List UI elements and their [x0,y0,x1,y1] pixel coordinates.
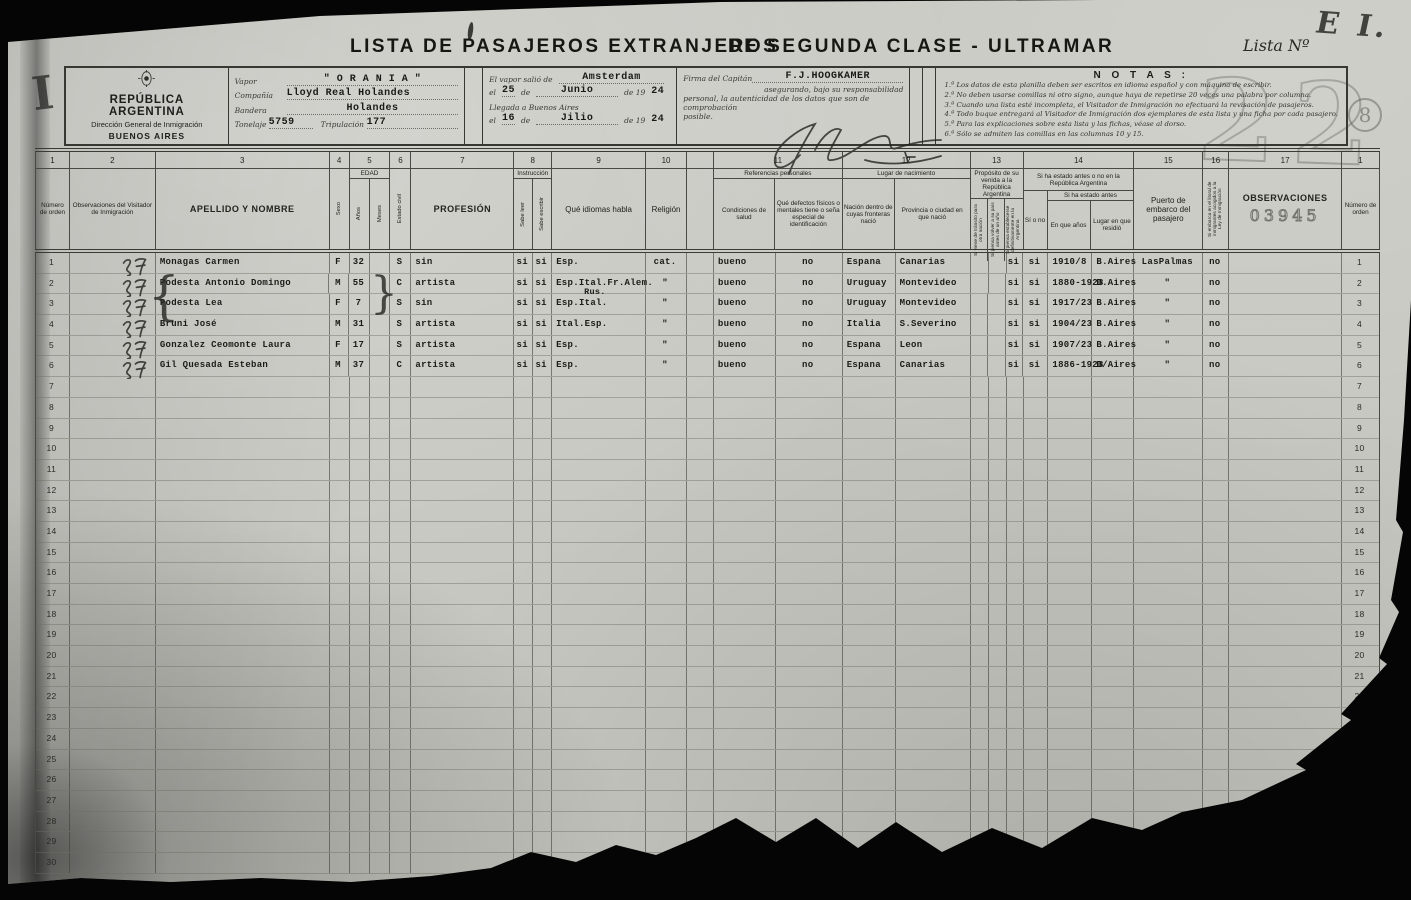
cell-sex [330,708,350,728]
cell-sex [330,398,350,418]
cell-port [1134,708,1203,728]
table-row: 4 Bruni JoséM31SartistasisiItal.Esp."bue… [36,315,1379,336]
header-blank [687,169,713,249]
cell-mark [70,501,156,521]
org-department: Dirección General de Inmigración [72,120,222,129]
cell-num_r: 20 [1342,646,1379,666]
cell-p13b [989,563,1007,583]
cell-religion [646,522,687,542]
cell-name [156,791,330,811]
cell-num_r: 9 [1342,419,1379,439]
cell-p13b [989,274,1007,294]
cell-p13a [971,377,989,397]
cell-p13b [989,687,1007,707]
cell-civil: S [390,315,411,335]
cell-nation: Espana [843,336,896,356]
cell-religion [646,770,687,790]
cell-province [896,419,971,439]
cell-writes: si [533,336,552,356]
cell-num: 24 [36,729,70,749]
cell-reads [514,419,533,439]
table-row: 1111 [36,460,1379,481]
cell-religion [646,377,687,397]
cell-blank [687,543,714,563]
cell-nation [843,501,896,521]
cell-province [896,770,971,790]
cell-litoral [1203,853,1229,873]
cell-province [896,625,971,645]
cell-writes [533,770,552,790]
cell-writes [533,791,552,811]
cell-defects [776,522,843,542]
cell-when [1048,543,1092,563]
cell-p13c [1007,729,1024,749]
cell-prof [411,584,514,604]
cell-sex [330,563,350,583]
cell-blank [1229,687,1342,707]
cell-langs: Esp.Ital. [552,294,646,314]
cell-years: 17 [349,336,370,356]
cell-blank [1229,336,1342,356]
header-sexo: Sexo [336,202,342,215]
cell-province [896,812,971,832]
cell-blank [1229,253,1342,273]
cell-months [370,274,390,294]
cell-province [896,377,971,397]
cell-nation [843,791,896,811]
cell-p13a [971,750,989,770]
cell-years [350,439,371,459]
cell-blank [687,646,714,666]
cell-civil [390,584,411,604]
cell-p13a [971,419,989,439]
cell-mark [70,770,156,790]
cell-months [370,646,390,666]
cell-years [350,625,371,645]
cell-where [1092,853,1134,873]
cell-months [370,377,390,397]
cell-been [1024,460,1049,480]
cell-years: 32 [350,253,371,273]
cell-prof [411,605,514,625]
cell-province: Canarias [896,356,971,376]
cell-port [1134,419,1203,439]
cell-been: si [1023,336,1048,356]
cell-religion: " [646,294,687,314]
nota-item: 1.ª Los datos de esta planilla deben ser… [944,81,1338,91]
cell-nation [843,605,896,625]
cell-num_r: 27 [1342,791,1379,811]
cell-p13b [988,356,1006,376]
table-body: 1 Monagas CarmenF32SsinsisiEsp.cat.bueno… [35,253,1380,874]
cell-blank [1229,398,1342,418]
cell-port [1134,667,1203,687]
cell-num_r: 28 [1342,812,1379,832]
cell-religion [646,832,687,852]
cell-port: " [1134,274,1203,294]
cell-when [1048,377,1092,397]
cell-province [896,750,971,770]
cell-p13c [1007,584,1024,604]
cell-p13a [971,294,989,314]
cell-reads [514,460,533,480]
cell-reads [514,439,533,459]
cell-defects [776,605,843,625]
cell-civil [390,853,411,873]
cell-defects [776,481,843,501]
de19-label-2: de 19 [624,116,645,125]
cell-where [1092,460,1134,480]
cell-blank [1229,563,1342,583]
cell-langs [552,522,646,542]
cell-mark [70,356,156,376]
cell-prof: sin [411,253,514,273]
llegada-month: Jilio [536,113,618,125]
table-row: 2525 [36,750,1379,771]
cell-reads [514,667,533,687]
cell-litoral [1203,770,1229,790]
cell-months [370,315,390,335]
cell-when [1048,398,1092,418]
nota-item: 5.ª Para las explicaciones sobre esta li… [944,120,1338,130]
cell-langs [552,832,646,852]
cell-defects [776,729,843,749]
cell-litoral [1203,646,1229,666]
table-row: 1515 [36,543,1379,564]
cell-prof [411,646,514,666]
cell-religion [646,750,687,770]
bandera-value: Holandes [287,103,459,115]
cell-blank [687,605,714,625]
cell-writes [533,563,552,583]
cell-health [714,832,776,852]
header-transito: Si viene de tránsito para otra nación [974,200,984,260]
cell-name: Podesta Antonio Domingo [156,274,330,294]
cell-port [1134,750,1203,770]
cell-reads [514,377,533,397]
table-row: 1717 [36,584,1379,605]
cell-been [1024,667,1049,687]
cell-p13b [989,667,1007,687]
cell-defects [776,646,843,666]
table-row: 2323 [36,708,1379,729]
cell-years [350,729,371,749]
compania-value: Lloyd Real Holandes [287,88,459,100]
cell-defects [776,853,843,873]
col-number: 14 [1024,152,1135,168]
cell-litoral [1203,791,1229,811]
header-si-ha-estado-antes: Si ha estado antes [1048,191,1134,201]
cell-sex: F [330,253,350,273]
cell-p13a [971,584,989,604]
cell-civil [390,812,411,832]
cell-civil [390,439,411,459]
cell-blank [687,584,714,604]
cell-nation [843,770,896,790]
cell-where [1092,398,1134,418]
cell-mark [70,398,156,418]
cell-sex [330,605,350,625]
cell-sex: F [330,336,350,356]
cell-port [1134,853,1203,873]
cell-when: 1886-1923 [1048,356,1092,376]
salio-year: 24 [651,86,664,97]
cell-blank [687,853,714,873]
cell-prof [411,543,514,563]
cell-years: 55 [349,274,370,294]
cell-blank [687,729,714,749]
cell-litoral [1203,522,1229,542]
cell-nation [843,750,896,770]
cell-blank [687,274,714,294]
header-nacion: Nación dentro de cuyas fronteras nació [843,179,895,249]
cell-mark [70,832,156,852]
cell-blank [1229,460,1342,480]
cell-sex: M [329,274,349,294]
cell-civil [390,770,411,790]
cell-defects [776,832,843,852]
cell-sex [330,377,350,397]
cell-years [350,708,371,728]
cell-p13a [971,667,989,687]
cell-when [1048,584,1092,604]
cell-months [370,708,390,728]
cell-years [350,481,371,501]
cell-years [350,646,371,666]
cell-health [714,646,776,666]
cell-blank [687,812,714,832]
cell-civil [390,646,411,666]
cell-mark [70,336,156,356]
cell-where [1092,605,1134,625]
cell-writes: si [533,356,552,376]
cell-p13a [971,729,989,749]
cell-mark [70,853,156,873]
header-establecerse: Si piensa establecerse definitivamente e… [1006,200,1021,260]
cell-num: 23 [36,708,70,728]
cell-where [1092,770,1134,790]
cell-civil [390,398,411,418]
cell-port [1134,377,1203,397]
cell-province: Leon [896,336,971,356]
cell-num_r: 6 [1342,356,1379,376]
cell-civil: S [390,294,411,314]
salio-day: 25 [502,85,515,97]
cell-p13a [971,356,989,376]
cell-p13b [989,729,1007,749]
cell-blank [1229,315,1342,335]
cell-prof: artista [411,315,514,335]
cell-months [370,853,390,873]
cell-p13c [1007,398,1024,418]
cell-years [350,460,371,480]
cell-when [1048,646,1092,666]
header-ha-estado: Si ha estado antes o no en la República … [1024,169,1134,191]
cell-nation [843,584,896,604]
col-number: 17 [1229,152,1342,168]
tripulacion-value: 177 [367,117,459,129]
cell-blank [687,481,714,501]
cell-reads: si [514,356,533,376]
cell-when [1048,563,1092,583]
cell-mark [70,253,156,273]
cell-writes [533,419,552,439]
cell-writes [533,853,552,873]
cell-name: Bruni José [156,315,330,335]
cell-num: 1 [36,253,70,273]
table-row: 2727 [36,791,1379,812]
header-idiomas: Qué idiomas habla [552,169,645,249]
cell-months [370,729,390,749]
cell-p13c [1007,460,1024,480]
cell-health [714,584,776,604]
cell-religion [646,481,687,501]
cell-blank [1229,274,1342,294]
cell-reads: si [514,315,533,335]
cell-name [156,853,330,873]
cell-p13b [989,377,1007,397]
table-row: 1919 [36,625,1379,646]
cell-blank [1229,439,1342,459]
cell-litoral [1203,377,1229,397]
cell-province: Montevideo [896,294,971,314]
compania-label: Compañía [235,91,287,100]
cell-when [1048,853,1092,873]
cell-where [1092,543,1134,563]
cell-defects [776,584,843,604]
table-header: Número de orden Observaciones del Visita… [35,169,1380,249]
cell-p13a [971,832,989,852]
cell-p13a [971,646,989,666]
cell-langs [552,750,646,770]
header-lugar-residio: Lugar en que residió [1091,201,1134,249]
header-info-band: REPÚBLICA ARGENTINA Dirección General de… [64,66,1348,146]
cell-num: 5 [36,336,70,356]
cell-langs [552,687,646,707]
cell-langs: Ital.Esp. [552,315,646,335]
cell-mark [70,522,156,542]
cell-health: bueno [714,274,776,294]
cell-years: 37 [349,356,370,376]
cell-province [896,460,971,480]
issuing-authority-box: REPÚBLICA ARGENTINA Dirección General de… [66,68,229,144]
cell-port [1134,481,1203,501]
cell-months [370,253,390,273]
cell-province: S.Severino [896,315,971,335]
cell-blank [687,315,714,335]
cell-p13b [989,398,1007,418]
cell-civil [390,543,411,563]
cell-p13a [971,398,989,418]
header-profesion: PROFESIÓN [411,169,513,249]
cell-langs [552,853,646,873]
cell-reads [514,853,533,873]
col-number: 7 [411,152,514,168]
cell-blank [687,770,714,790]
cell-prof: artista [411,274,514,294]
cell-sex [330,419,350,439]
cell-p13b [988,315,1006,335]
cell-writes: si [533,294,552,314]
cell-civil: C [390,274,411,294]
cell-prof [411,667,514,687]
header-numero-orden-right: Número de orden [1342,169,1379,249]
circled-number-mark: 8 [1348,98,1382,132]
cell-port [1134,563,1203,583]
cell-langs: Esp. [552,253,646,273]
cell-years [350,812,371,832]
cell-p13c: si [1006,294,1023,314]
cell-name [156,687,330,707]
cell-religion [646,729,687,749]
cell-defects [776,750,843,770]
cell-where [1092,522,1134,542]
cell-reads [514,522,533,542]
cell-name [156,729,330,749]
cell-reads [514,563,533,583]
cell-reads [514,708,533,728]
cell-p13c [1007,667,1024,687]
cell-p13a [971,563,989,583]
cell-health [714,481,776,501]
cell-litoral: no [1203,356,1229,376]
cell-religion [646,501,687,521]
cell-port [1134,646,1203,666]
cell-nation [843,481,896,501]
cell-num_r: 11 [1342,460,1379,480]
notas-box: N O T A S : 1.ª Los datos de esta planil… [936,68,1346,144]
cell-defects [776,543,843,563]
cell-langs: Esp. [552,356,646,376]
org-country: REPÚBLICA ARGENTINA [72,94,222,118]
cell-months [370,439,390,459]
cell-reads [514,625,533,645]
cell-where [1092,625,1134,645]
table-row: 5 Gonzalez Ceomonte LauraF17Sartistasisi… [36,336,1379,357]
cell-blank [687,336,714,356]
cell-blank [1229,419,1342,439]
cell-langs: Esp.Ital.Fr.Alem.Rus. [552,274,646,294]
cell-where: B.Aires [1092,336,1134,356]
cell-litoral [1203,667,1229,687]
cell-when: 1910/8 [1048,253,1092,273]
cell-blank [1229,501,1342,521]
cell-reads [514,646,533,666]
nota-item: 3.ª Cuando una lista esté incompleta, el… [944,101,1338,111]
cell-months [370,791,390,811]
cell-months [370,460,390,480]
cell-p13b [989,853,1007,873]
cell-months [370,543,390,563]
cell-where: B.Aires [1092,294,1134,314]
table-row: 99 [36,419,1379,440]
cell-civil [390,419,411,439]
cell-defects [776,667,843,687]
cell-defects: no [776,294,843,314]
cell-mark [70,687,156,707]
cell-years [350,687,371,707]
cell-writes [533,398,552,418]
cell-p13b [989,708,1007,728]
cell-health [714,377,776,397]
cell-nation [843,687,896,707]
cell-writes [533,584,552,604]
cell-years [350,377,371,397]
cell-nation [843,625,896,645]
cell-litoral: no [1203,253,1229,273]
lista-no-label: Lista Nº [1243,36,1310,55]
cell-health [714,708,776,728]
